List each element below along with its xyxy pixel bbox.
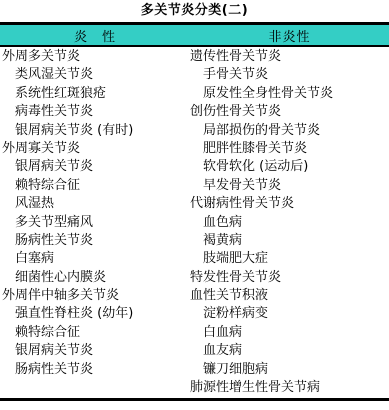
table-row: 外周寡关节炎肥胖性膝骨关节炎 bbox=[0, 140, 389, 158]
table-row: 细菌性心内膜炎特发性骨关节炎 bbox=[0, 269, 389, 287]
table-cell-left: 赖特综合征 bbox=[0, 177, 190, 195]
table-row: 白塞病肢端肥大症 bbox=[0, 250, 389, 268]
table-cell-left: 肠病性关节炎 bbox=[0, 232, 190, 250]
table-cell-left: 细菌性心内膜炎 bbox=[0, 269, 190, 287]
table-row: 病毒性关节炎创伤性骨关节炎 bbox=[0, 103, 389, 121]
table-cell-right: 局部损伤的骨关节炎 bbox=[190, 122, 389, 140]
table-row: 肺源性增生性骨关节病 bbox=[0, 379, 389, 397]
table-cell-right: 镰刀细胞病 bbox=[190, 361, 389, 379]
table-cell-right: 早发骨关节炎 bbox=[190, 177, 389, 195]
table-cell-right: 血性关节积液 bbox=[190, 287, 389, 305]
page-title: 多关节炎分类(二) bbox=[0, 0, 389, 22]
table-body: 外周多关节炎遗传性骨关节炎类风湿关节炎手骨关节炎系统性红斑狼疮原发性全身性骨关节… bbox=[0, 47, 389, 397]
table-cell-right: 褐黄病 bbox=[190, 232, 389, 250]
table-cell-left: 病毒性关节炎 bbox=[0, 103, 190, 121]
table-cell-left: 多关节型痛风 bbox=[0, 214, 190, 232]
table-cell-right: 肢端肥大症 bbox=[190, 250, 389, 268]
table-cell-right: 原发性全身性骨关节炎 bbox=[190, 85, 389, 103]
table-row: 类风湿关节炎手骨关节炎 bbox=[0, 66, 389, 84]
table-cell-left bbox=[0, 379, 190, 397]
table-cell-right: 特发性骨关节炎 bbox=[190, 269, 389, 287]
column-header-inflammatory: 炎 性 bbox=[0, 26, 190, 45]
table-cell-left: 银屑病关节炎 bbox=[0, 158, 190, 176]
table-cell-right: 遗传性骨关节炎 bbox=[190, 48, 389, 66]
table-cell-right: 白血病 bbox=[190, 324, 389, 342]
table-header-row: 炎 性 非炎性 bbox=[0, 22, 389, 47]
table-cell-left: 风湿热 bbox=[0, 195, 190, 213]
table-cell-right: 手骨关节炎 bbox=[190, 66, 389, 84]
table-cell-right: 代谢病性骨关节炎 bbox=[190, 195, 389, 213]
table-cell-left: 外周多关节炎 bbox=[0, 48, 190, 66]
table-cell-left: 外周寡关节炎 bbox=[0, 140, 190, 158]
table-row: 赖特综合征早发骨关节炎 bbox=[0, 177, 389, 195]
table-cell-right: 血友病 bbox=[190, 342, 389, 360]
table-cell-left: 系统性红斑狼疮 bbox=[0, 85, 190, 103]
table-cell-right: 创伤性骨关节炎 bbox=[190, 103, 389, 121]
table-page: 多关节炎分类(二) 炎 性 非炎性 外周多关节炎遗传性骨关节炎类风湿关节炎手骨关… bbox=[0, 0, 389, 410]
table-cell-right: 淀粉样病变 bbox=[190, 305, 389, 323]
table-cell-left: 银屑病关节炎 (有时) bbox=[0, 122, 190, 140]
table-cell-right: 肺源性增生性骨关节病 bbox=[190, 379, 389, 397]
table-row: 银屑病关节炎 (有时)局部损伤的骨关节炎 bbox=[0, 122, 389, 140]
table-cell-left: 外周伴中轴多关节炎 bbox=[0, 287, 190, 305]
table-row: 多关节型痛风血色病 bbox=[0, 214, 389, 232]
table-cell-right: 软骨软化 (运动后) bbox=[190, 158, 389, 176]
column-header-noninflammatory: 非炎性 bbox=[190, 26, 389, 45]
table-cell-left: 类风湿关节炎 bbox=[0, 66, 190, 84]
table-row: 强直性脊柱炎 (幼年)淀粉样病变 bbox=[0, 305, 389, 323]
table-row: 银屑病关节炎血友病 bbox=[0, 342, 389, 360]
table-row: 肠病性关节炎镰刀细胞病 bbox=[0, 361, 389, 379]
table-row: 外周多关节炎遗传性骨关节炎 bbox=[0, 48, 389, 66]
table-row: 风湿热代谢病性骨关节炎 bbox=[0, 195, 389, 213]
table-cell-right: 血色病 bbox=[190, 214, 389, 232]
table-cell-left: 强直性脊柱炎 (幼年) bbox=[0, 305, 190, 323]
table-row: 外周伴中轴多关节炎血性关节积液 bbox=[0, 287, 389, 305]
table-row: 系统性红斑狼疮原发性全身性骨关节炎 bbox=[0, 85, 389, 103]
table-cell-left: 银屑病关节炎 bbox=[0, 342, 190, 360]
table-bottom-rule bbox=[0, 398, 389, 401]
table-cell-left: 白塞病 bbox=[0, 250, 190, 268]
table-row: 银屑病关节炎软骨软化 (运动后) bbox=[0, 158, 389, 176]
table-cell-right: 肥胖性膝骨关节炎 bbox=[190, 140, 389, 158]
table-cell-left: 肠病性关节炎 bbox=[0, 361, 190, 379]
table-row: 肠病性关节炎褐黄病 bbox=[0, 232, 389, 250]
table-cell-left: 赖特综合征 bbox=[0, 324, 190, 342]
table-row: 赖特综合征白血病 bbox=[0, 324, 389, 342]
